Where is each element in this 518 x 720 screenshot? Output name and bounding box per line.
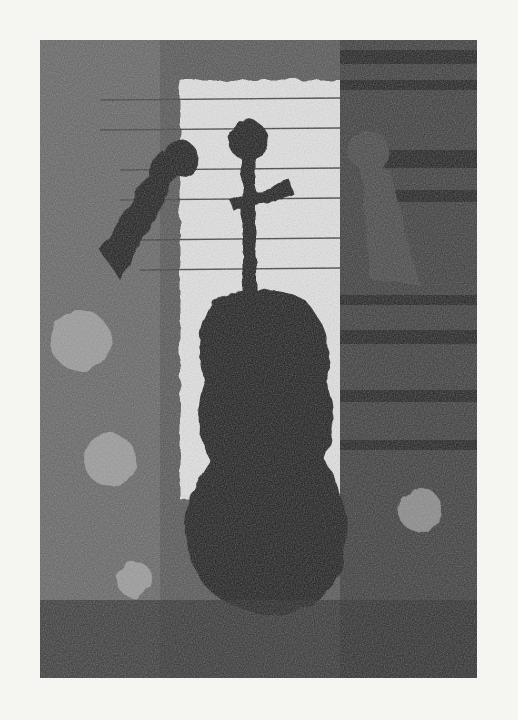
artwork-print (40, 40, 477, 678)
cello-artwork (40, 40, 477, 678)
